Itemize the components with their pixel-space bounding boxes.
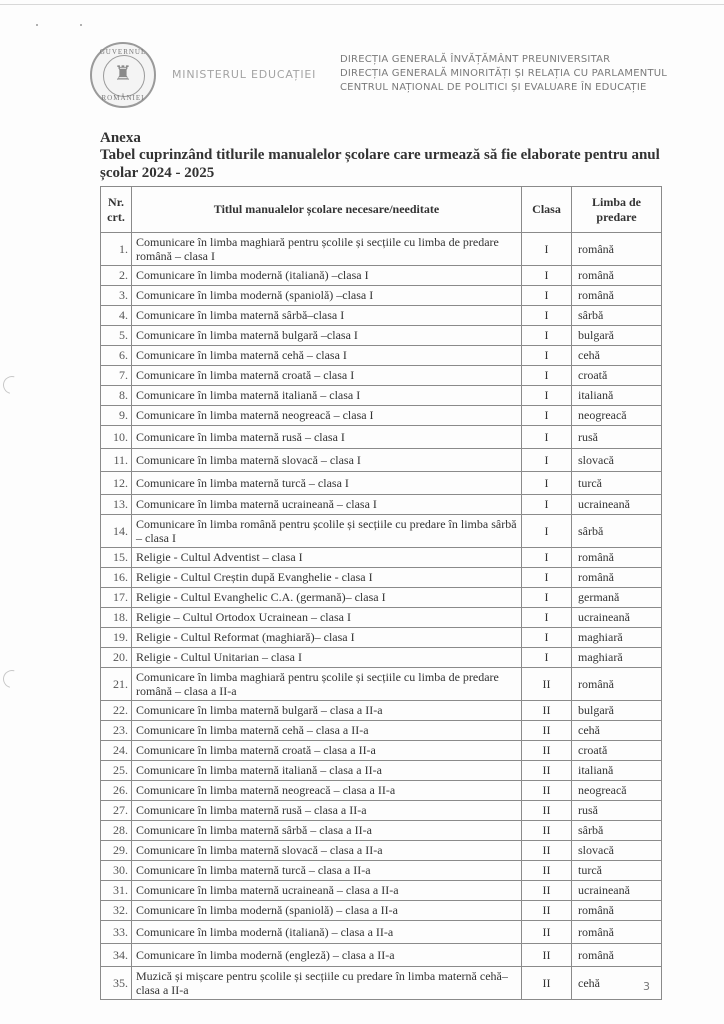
table-row: 18.Religie – Cultul Ortodox Ucrainean – … <box>101 608 662 628</box>
table-row: 34.Comunicare în limba modernă (engleză)… <box>101 944 662 967</box>
row-limba: slovacă <box>572 841 662 861</box>
row-number: 5. <box>101 326 132 346</box>
row-number: 13. <box>101 495 132 515</box>
row-clasa: I <box>522 406 572 426</box>
table-row: 4.Comunicare în limba maternă sârbă–clas… <box>101 306 662 326</box>
row-clasa: II <box>522 821 572 841</box>
row-limba: română <box>572 901 662 921</box>
table-row: 16.Religie - Cultul Creștin după Evanghe… <box>101 568 662 588</box>
table-row: 25.Comunicare în limba maternă italiană … <box>101 761 662 781</box>
table-row: 24.Comunicare în limba maternă croată – … <box>101 741 662 761</box>
table-row: 5.Comunicare în limba maternă bulgară –c… <box>101 326 662 346</box>
row-title: Comunicare în limba maternă ucraineană –… <box>132 881 522 901</box>
row-title: Comunicare în limba modernă (italiană) –… <box>132 266 522 286</box>
row-limba: cehă <box>572 346 662 366</box>
row-limba: ucraineană <box>572 608 662 628</box>
government-seal: GUVERNUL ♜ ROMÂNIEI <box>90 42 156 108</box>
row-number: 8. <box>101 386 132 406</box>
row-clasa: I <box>522 588 572 608</box>
row-title: Comunicare în limba maternă croată – cla… <box>132 366 522 386</box>
row-clasa: I <box>522 286 572 306</box>
row-clasa: II <box>522 841 572 861</box>
row-title: Comunicare în limba maternă slovacă – cl… <box>132 841 522 861</box>
table-row: 33.Comunicare în limba modernă (italiană… <box>101 921 662 944</box>
document-title: Tabel cuprinzând titlurile manualelor șc… <box>100 146 700 182</box>
row-title: Comunicare în limba maghiară pentru școl… <box>132 668 522 701</box>
row-number: 23. <box>101 721 132 741</box>
row-clasa: II <box>522 944 572 967</box>
row-limba: română <box>572 548 662 568</box>
row-title: Comunicare în limba maternă rusă – clasa… <box>132 801 522 821</box>
row-title: Comunicare în limba maternă italiană – c… <box>132 761 522 781</box>
row-title: Religie - Cultul Reformat (maghiară)– cl… <box>132 628 522 648</box>
row-number: 19. <box>101 628 132 648</box>
row-clasa: II <box>522 701 572 721</box>
row-clasa: II <box>522 801 572 821</box>
row-limba: română <box>572 668 662 701</box>
page-number: 3 <box>643 980 650 993</box>
row-clasa: II <box>522 881 572 901</box>
table-row: 31.Comunicare în limba maternă ucrainean… <box>101 881 662 901</box>
row-limba: sârbă <box>572 821 662 841</box>
table-row: 23.Comunicare în limba maternă cehă – cl… <box>101 721 662 741</box>
table-row: 7.Comunicare în limba maternă croată – c… <box>101 366 662 386</box>
row-clasa: II <box>522 741 572 761</box>
row-number: 32. <box>101 901 132 921</box>
row-clasa: II <box>522 668 572 701</box>
row-clasa: I <box>522 648 572 668</box>
table-row: 35.Muzică și mișcare pentru școlile și s… <box>101 967 662 1000</box>
row-title: Comunicare în limba modernă (engleză) – … <box>132 944 522 967</box>
table-header-row: Nr. crt. Titlul manualelor școlare neces… <box>101 187 662 233</box>
row-title: Comunicare în limba maternă cehă – clasa… <box>132 346 522 366</box>
row-limba: neogreacă <box>572 406 662 426</box>
row-limba: sârbă <box>572 306 662 326</box>
punch-hole-mark <box>0 667 24 692</box>
row-limba: bulgară <box>572 701 662 721</box>
row-title: Comunicare în limba maghiară pentru școl… <box>132 233 522 266</box>
row-clasa: I <box>522 495 572 515</box>
row-number: 30. <box>101 861 132 881</box>
row-title: Comunicare în limba maternă bulgară –cla… <box>132 326 522 346</box>
table-row: 12.Comunicare în limba maternă turcă – c… <box>101 472 662 495</box>
row-number: 20. <box>101 648 132 668</box>
row-title: Comunicare în limba modernă (italiană) –… <box>132 921 522 944</box>
row-clasa: II <box>522 921 572 944</box>
row-limba: rusă <box>572 801 662 821</box>
row-clasa: I <box>522 233 572 266</box>
row-clasa: I <box>522 515 572 548</box>
row-title: Comunicare în limba maternă croată – cla… <box>132 741 522 761</box>
table-row: 26.Comunicare în limba maternă neogreacă… <box>101 781 662 801</box>
row-number: 1. <box>101 233 132 266</box>
row-limba: italiană <box>572 386 662 406</box>
directorates-list: DIRECȚIA GENERALĂ ÎNVĂȚĂMÂNT PREUNIVERSI… <box>340 53 667 95</box>
row-title: Comunicare în limba română pentru școlil… <box>132 515 522 548</box>
row-title: Religie - Cultul Unitarian – clasa I <box>132 648 522 668</box>
row-limba: turcă <box>572 472 662 495</box>
row-limba: croată <box>572 366 662 386</box>
table-row: 2.Comunicare în limba modernă (italiană)… <box>101 266 662 286</box>
scan-top-edge <box>0 4 724 5</box>
row-number: 22. <box>101 701 132 721</box>
table-row: 15.Religie - Cultul Adventist – clasa II… <box>101 548 662 568</box>
row-limba: turcă <box>572 861 662 881</box>
row-number: 10. <box>101 426 132 449</box>
row-limba: neogreacă <box>572 781 662 801</box>
row-clasa: I <box>522 346 572 366</box>
row-clasa: I <box>522 426 572 449</box>
row-limba: română <box>572 286 662 306</box>
directorate-line: CENTRUL NAȚIONAL DE POLITICI ȘI EVALUARE… <box>340 81 667 95</box>
table-row: 32.Comunicare în limba modernă (spaniolă… <box>101 901 662 921</box>
table-row: 22.Comunicare în limba maternă bulgară –… <box>101 701 662 721</box>
table-row: 10.Comunicare în limba maternă rusă – cl… <box>101 426 662 449</box>
row-number: 17. <box>101 588 132 608</box>
row-title: Religie - Cultul Evanghelic C.A. (german… <box>132 588 522 608</box>
row-limba: rusă <box>572 426 662 449</box>
row-number: 34. <box>101 944 132 967</box>
row-limba: ucraineană <box>572 881 662 901</box>
row-limba: română <box>572 921 662 944</box>
row-clasa: II <box>522 901 572 921</box>
row-title: Comunicare în limba maternă slovacă – cl… <box>132 449 522 472</box>
row-clasa: I <box>522 266 572 286</box>
row-clasa: I <box>522 608 572 628</box>
row-limba: română <box>572 944 662 967</box>
row-clasa: I <box>522 449 572 472</box>
annex-label: Anexa <box>100 130 141 147</box>
row-number: 25. <box>101 761 132 781</box>
row-number: 27. <box>101 801 132 821</box>
row-limba: ucraineană <box>572 495 662 515</box>
header-nr: Nr. crt. <box>101 187 132 233</box>
row-number: 26. <box>101 781 132 801</box>
row-number: 21. <box>101 668 132 701</box>
row-number: 2. <box>101 266 132 286</box>
letterhead: GUVERNUL ♜ ROMÂNIEI MINISTERUL EDUCAȚIEI… <box>90 42 690 112</box>
row-title: Comunicare în limba maternă turcă – clas… <box>132 472 522 495</box>
row-limba: croată <box>572 741 662 761</box>
row-number: 31. <box>101 881 132 901</box>
textbooks-table: Nr. crt. Titlul manualelor școlare neces… <box>100 186 662 1000</box>
row-clasa: II <box>522 861 572 881</box>
row-number: 7. <box>101 366 132 386</box>
row-number: 4. <box>101 306 132 326</box>
table-row: 20.Religie - Cultul Unitarian – clasa II… <box>101 648 662 668</box>
row-clasa: I <box>522 366 572 386</box>
row-limba: maghiară <box>572 648 662 668</box>
row-limba: bulgară <box>572 326 662 346</box>
row-clasa: II <box>522 781 572 801</box>
row-number: 18. <box>101 608 132 628</box>
row-number: 9. <box>101 406 132 426</box>
eagle-crest-icon: ♜ <box>112 61 134 87</box>
row-clasa: I <box>522 568 572 588</box>
row-limba: cehă <box>572 721 662 741</box>
row-title: Comunicare în limba maternă cehă – clasa… <box>132 721 522 741</box>
row-clasa: I <box>522 326 572 346</box>
row-number: 35. <box>101 967 132 1000</box>
row-number: 15. <box>101 548 132 568</box>
table-row: 17.Religie - Cultul Evanghelic C.A. (ger… <box>101 588 662 608</box>
row-number: 28. <box>101 821 132 841</box>
header-title: Titlul manualelor școlare necesare/needi… <box>132 187 522 233</box>
directorate-line: DIRECȚIA GENERALĂ ÎNVĂȚĂMÂNT PREUNIVERSI… <box>340 53 667 67</box>
table-row: 27.Comunicare în limba maternă rusă – cl… <box>101 801 662 821</box>
row-title: Comunicare în limba maternă sârbă–clasa … <box>132 306 522 326</box>
table-row: 1.Comunicare în limba maghiară pentru șc… <box>101 233 662 266</box>
table-row: 13.Comunicare în limba maternă ucrainean… <box>101 495 662 515</box>
punch-hole-mark <box>0 373 24 398</box>
row-number: 3. <box>101 286 132 306</box>
row-clasa: I <box>522 386 572 406</box>
scan-speck <box>36 24 38 26</box>
row-title: Comunicare în limba maternă turcă – clas… <box>132 861 522 881</box>
row-title: Comunicare în limba maternă neogreacă – … <box>132 781 522 801</box>
row-title: Comunicare în limba maternă italiană – c… <box>132 386 522 406</box>
header-limba: Limba de predare <box>572 187 662 233</box>
row-number: 29. <box>101 841 132 861</box>
row-title: Religie - Cultul Adventist – clasa I <box>132 548 522 568</box>
row-title: Comunicare în limba maternă sârbă – clas… <box>132 821 522 841</box>
header-clasa: Clasa <box>522 187 572 233</box>
row-clasa: II <box>522 721 572 741</box>
row-title: Comunicare în limba modernă (spaniolă) –… <box>132 901 522 921</box>
row-number: 11. <box>101 449 132 472</box>
scan-speck <box>80 24 82 26</box>
row-limba: germană <box>572 588 662 608</box>
row-number: 16. <box>101 568 132 588</box>
row-limba: română <box>572 568 662 588</box>
table-row: 14.Comunicare în limba română pentru șco… <box>101 515 662 548</box>
row-title: Religie - Cultul Creștin după Evanghelie… <box>132 568 522 588</box>
table-row: 11.Comunicare în limba maternă slovacă –… <box>101 449 662 472</box>
row-number: 14. <box>101 515 132 548</box>
table-row: 6.Comunicare în limba maternă cehă – cla… <box>101 346 662 366</box>
table-row: 9.Comunicare în limba maternă neogreacă … <box>101 406 662 426</box>
row-title: Muzică și mișcare pentru școlile și secț… <box>132 967 522 1000</box>
row-number: 24. <box>101 741 132 761</box>
row-title: Comunicare în limba maternă rusă – clasa… <box>132 426 522 449</box>
table-row: 28.Comunicare în limba maternă sârbă – c… <box>101 821 662 841</box>
row-limba: sârbă <box>572 515 662 548</box>
table-row: 8.Comunicare în limba maternă italiană –… <box>101 386 662 406</box>
row-title: Comunicare în limba maternă bulgară – cl… <box>132 701 522 721</box>
row-title: Comunicare în limba maternă neogreacă – … <box>132 406 522 426</box>
row-clasa: II <box>522 761 572 781</box>
row-clasa: I <box>522 306 572 326</box>
table-row: 3.Comunicare în limba modernă (spaniolă)… <box>101 286 662 306</box>
row-number: 33. <box>101 921 132 944</box>
row-number: 12. <box>101 472 132 495</box>
row-clasa: I <box>522 628 572 648</box>
table-row: 19.Religie - Cultul Reformat (maghiară)–… <box>101 628 662 648</box>
row-title: Comunicare în limba maternă ucraineană –… <box>132 495 522 515</box>
table-row: 21.Comunicare în limba maghiară pentru ș… <box>101 668 662 701</box>
ministry-name: MINISTERUL EDUCAȚIEI <box>172 68 316 81</box>
row-clasa: I <box>522 548 572 568</box>
row-limba: română <box>572 233 662 266</box>
directorate-line: DIRECȚIA GENERALĂ MINORITĂȚI ȘI RELAȚIA … <box>340 67 667 81</box>
row-clasa: I <box>522 472 572 495</box>
row-limba: italiană <box>572 761 662 781</box>
row-clasa: II <box>522 967 572 1000</box>
row-title: Religie – Cultul Ortodox Ucrainean – cla… <box>132 608 522 628</box>
table-row: 30.Comunicare în limba maternă turcă – c… <box>101 861 662 881</box>
seal-bottom-text: ROMÂNIEI <box>92 94 154 102</box>
row-limba: română <box>572 266 662 286</box>
table-row: 29.Comunicare în limba maternă slovacă –… <box>101 841 662 861</box>
row-limba: slovacă <box>572 449 662 472</box>
row-title: Comunicare în limba modernă (spaniolă) –… <box>132 286 522 306</box>
row-number: 6. <box>101 346 132 366</box>
row-limba: maghiară <box>572 628 662 648</box>
